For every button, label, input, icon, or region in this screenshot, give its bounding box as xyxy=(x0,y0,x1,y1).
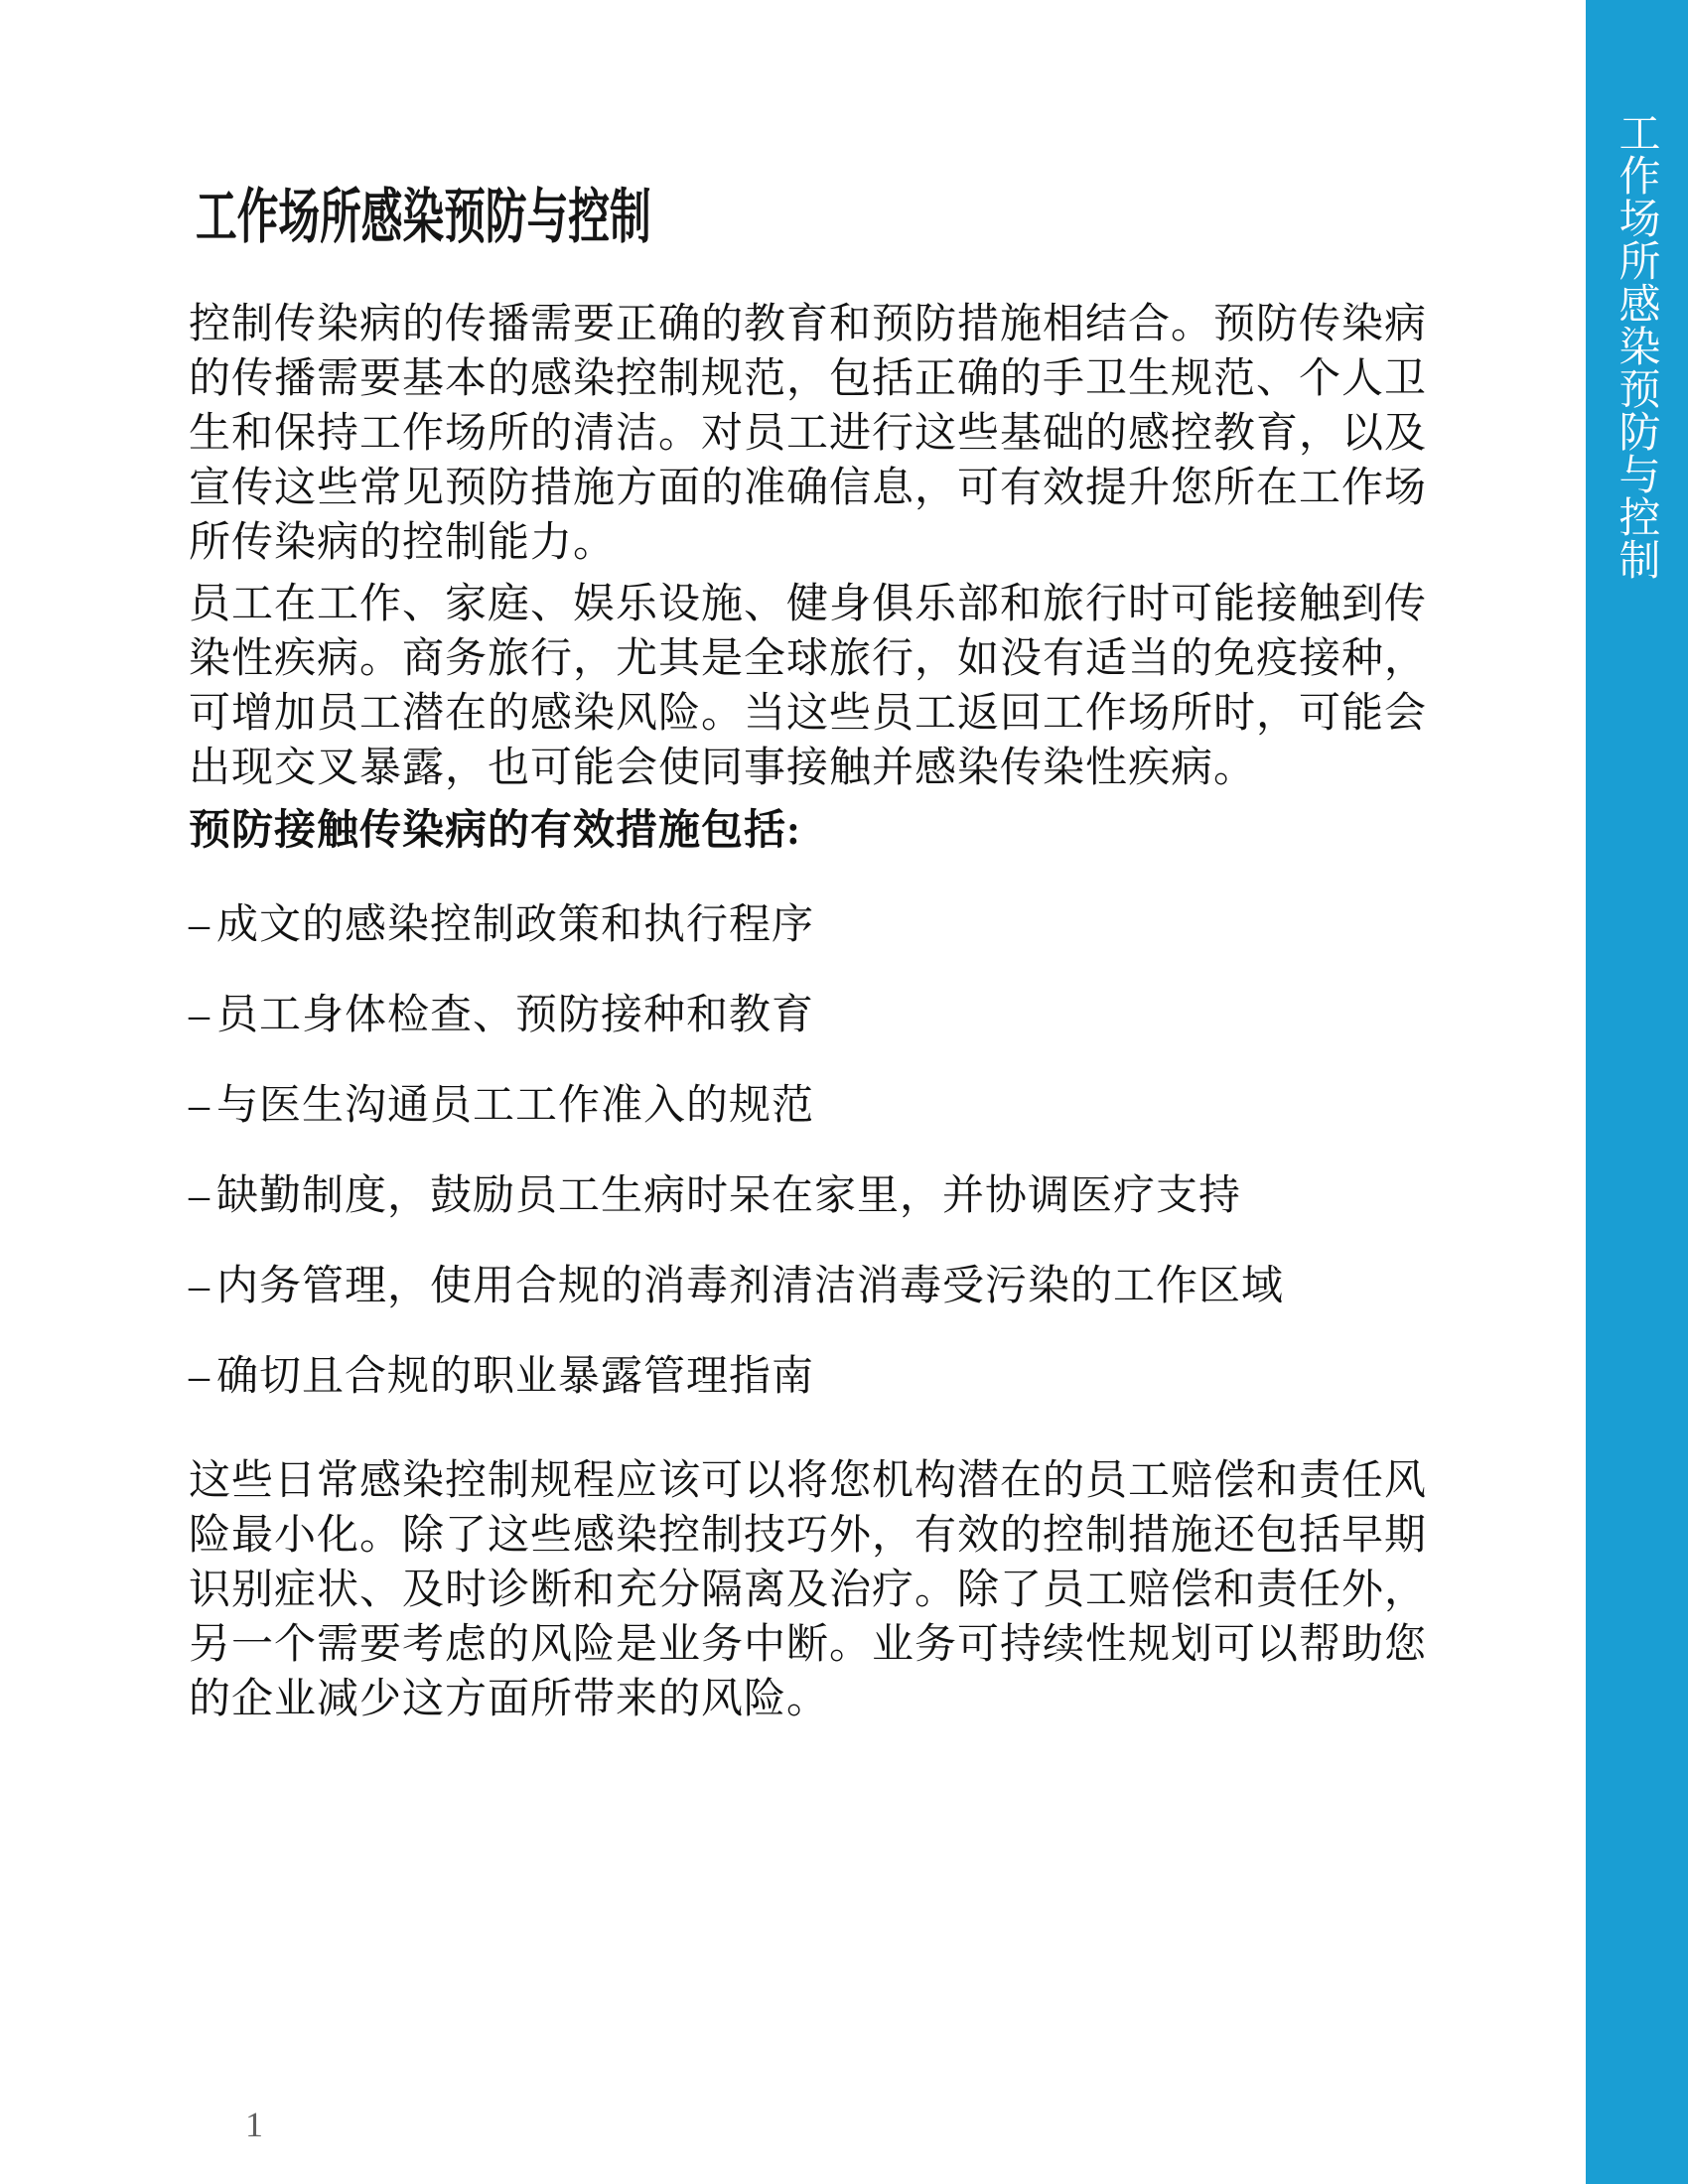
list-item: –确切且合规的职业暴露管理指南 xyxy=(189,1350,1284,1405)
bullet-dash-icon: – xyxy=(189,1079,216,1134)
paragraph-line: 出现交叉暴露，也可能会使同事接触并感染传染性疾病。 xyxy=(189,742,1427,796)
list-item-text: 内务管理，使用合规的消毒剂清洁消毒受污染的工作区域 xyxy=(216,1264,1284,1309)
paragraph-line: 可增加员工潜在的感染风险。当这些员工返回工作场所时，可能会 xyxy=(189,687,1427,742)
paragraph-line: 险最小化。除了这些感染控制技巧外，有效的控制措施还包括早期 xyxy=(189,1509,1427,1564)
paragraph-line: 所传染病的控制能力。 xyxy=(189,516,1427,571)
sidebar-vertical-title: 工作场所感染预防与控制 xyxy=(1617,111,1658,581)
paragraph-line: 染性疾病。商务旅行，尤其是全球旅行，如没有适当的免疫接种， xyxy=(189,632,1427,687)
paragraph-line: 的传播需要基本的感染控制规范，包括正确的手卫生规范、个人卫 xyxy=(189,352,1427,407)
paragraph-line: 员工在工作、家庭、娱乐设施、健身俱乐部和旅行时可能接触到传 xyxy=(189,578,1427,632)
paragraph-line: 这些日常感染控制规程应该可以将您机构潜在的员工赔偿和责任风 xyxy=(189,1454,1427,1509)
paragraph-3: 这些日常感染控制规程应该可以将您机构潜在的员工赔偿和责任风 险最小化。除了这些感… xyxy=(189,1454,1427,1727)
list-item-text: 缺勤制度，鼓励员工生病时呆在家里，并协调医疗支持 xyxy=(216,1173,1241,1219)
paragraph-2: 员工在工作、家庭、娱乐设施、健身俱乐部和旅行时可能接触到传 染性疾病。商务旅行，… xyxy=(189,578,1427,796)
bullet-dash-icon: – xyxy=(189,898,216,953)
paragraph-line: 的企业减少这方面所带来的风险。 xyxy=(189,1673,1427,1727)
list-heading-text: 预防接触传染病的有效措施包括: xyxy=(189,804,801,859)
bullet-dash-icon: – xyxy=(189,1260,216,1314)
paragraph-1: 控制传染病的传播需要正确的教育和预防措施相结合。预防传染病 的传播需要基本的感染… xyxy=(189,298,1427,571)
bullet-dash-icon: – xyxy=(189,1169,216,1224)
list-item: –成文的感染控制政策和执行程序 xyxy=(189,898,1284,953)
list-item-text: 成文的感染控制政策和执行程序 xyxy=(216,902,814,948)
list-item: –缺勤制度，鼓励员工生病时呆在家里，并协调医疗支持 xyxy=(189,1169,1284,1224)
page-number: 1 xyxy=(236,2107,272,2142)
bullet-dash-icon: – xyxy=(189,989,216,1043)
list-heading: 预防接触传染病的有效措施包括: xyxy=(189,804,801,859)
document-page: 工作场所感染预防与控制 控制传染病的传播需要正确的教育和预防措施相结合。预防传染… xyxy=(0,0,1688,2184)
list-item: –员工身体检查、预防接种和教育 xyxy=(189,989,1284,1043)
paragraph-line: 识别症状、及时诊断和充分隔离及治疗。除了员工赔偿和责任外， xyxy=(189,1564,1427,1618)
list-item-text: 确切且合规的职业暴露管理指南 xyxy=(216,1354,814,1400)
list-item-text: 员工身体检查、预防接种和教育 xyxy=(216,993,814,1038)
bullet-dash-icon: – xyxy=(189,1350,216,1405)
list-item: –与医生沟通员工工作准入的规范 xyxy=(189,1079,1284,1134)
paragraph-line: 另一个需要考虑的风险是业务中断。业务可持续性规划可以帮助您 xyxy=(189,1618,1427,1673)
list-item-text: 与医生沟通员工工作准入的规范 xyxy=(216,1083,814,1129)
document-title: 工作场所感染预防与控制 xyxy=(196,187,651,248)
paragraph-line: 控制传染病的传播需要正确的教育和预防措施相结合。预防传染病 xyxy=(189,298,1427,352)
paragraph-line: 宣传这些常见预防措施方面的准确信息，可有效提升您所在工作场 xyxy=(189,462,1427,516)
sidebar-band: 工作场所感染预防与控制 xyxy=(1586,0,1688,2184)
paragraph-line: 生和保持工作场所的清洁。对员工进行这些基础的感控教育，以及 xyxy=(189,407,1427,462)
list-item: –内务管理，使用合规的消毒剂清洁消毒受污染的工作区域 xyxy=(189,1260,1284,1314)
bullet-list: –成文的感染控制政策和执行程序 –员工身体检查、预防接种和教育 –与医生沟通员工… xyxy=(189,898,1284,1405)
